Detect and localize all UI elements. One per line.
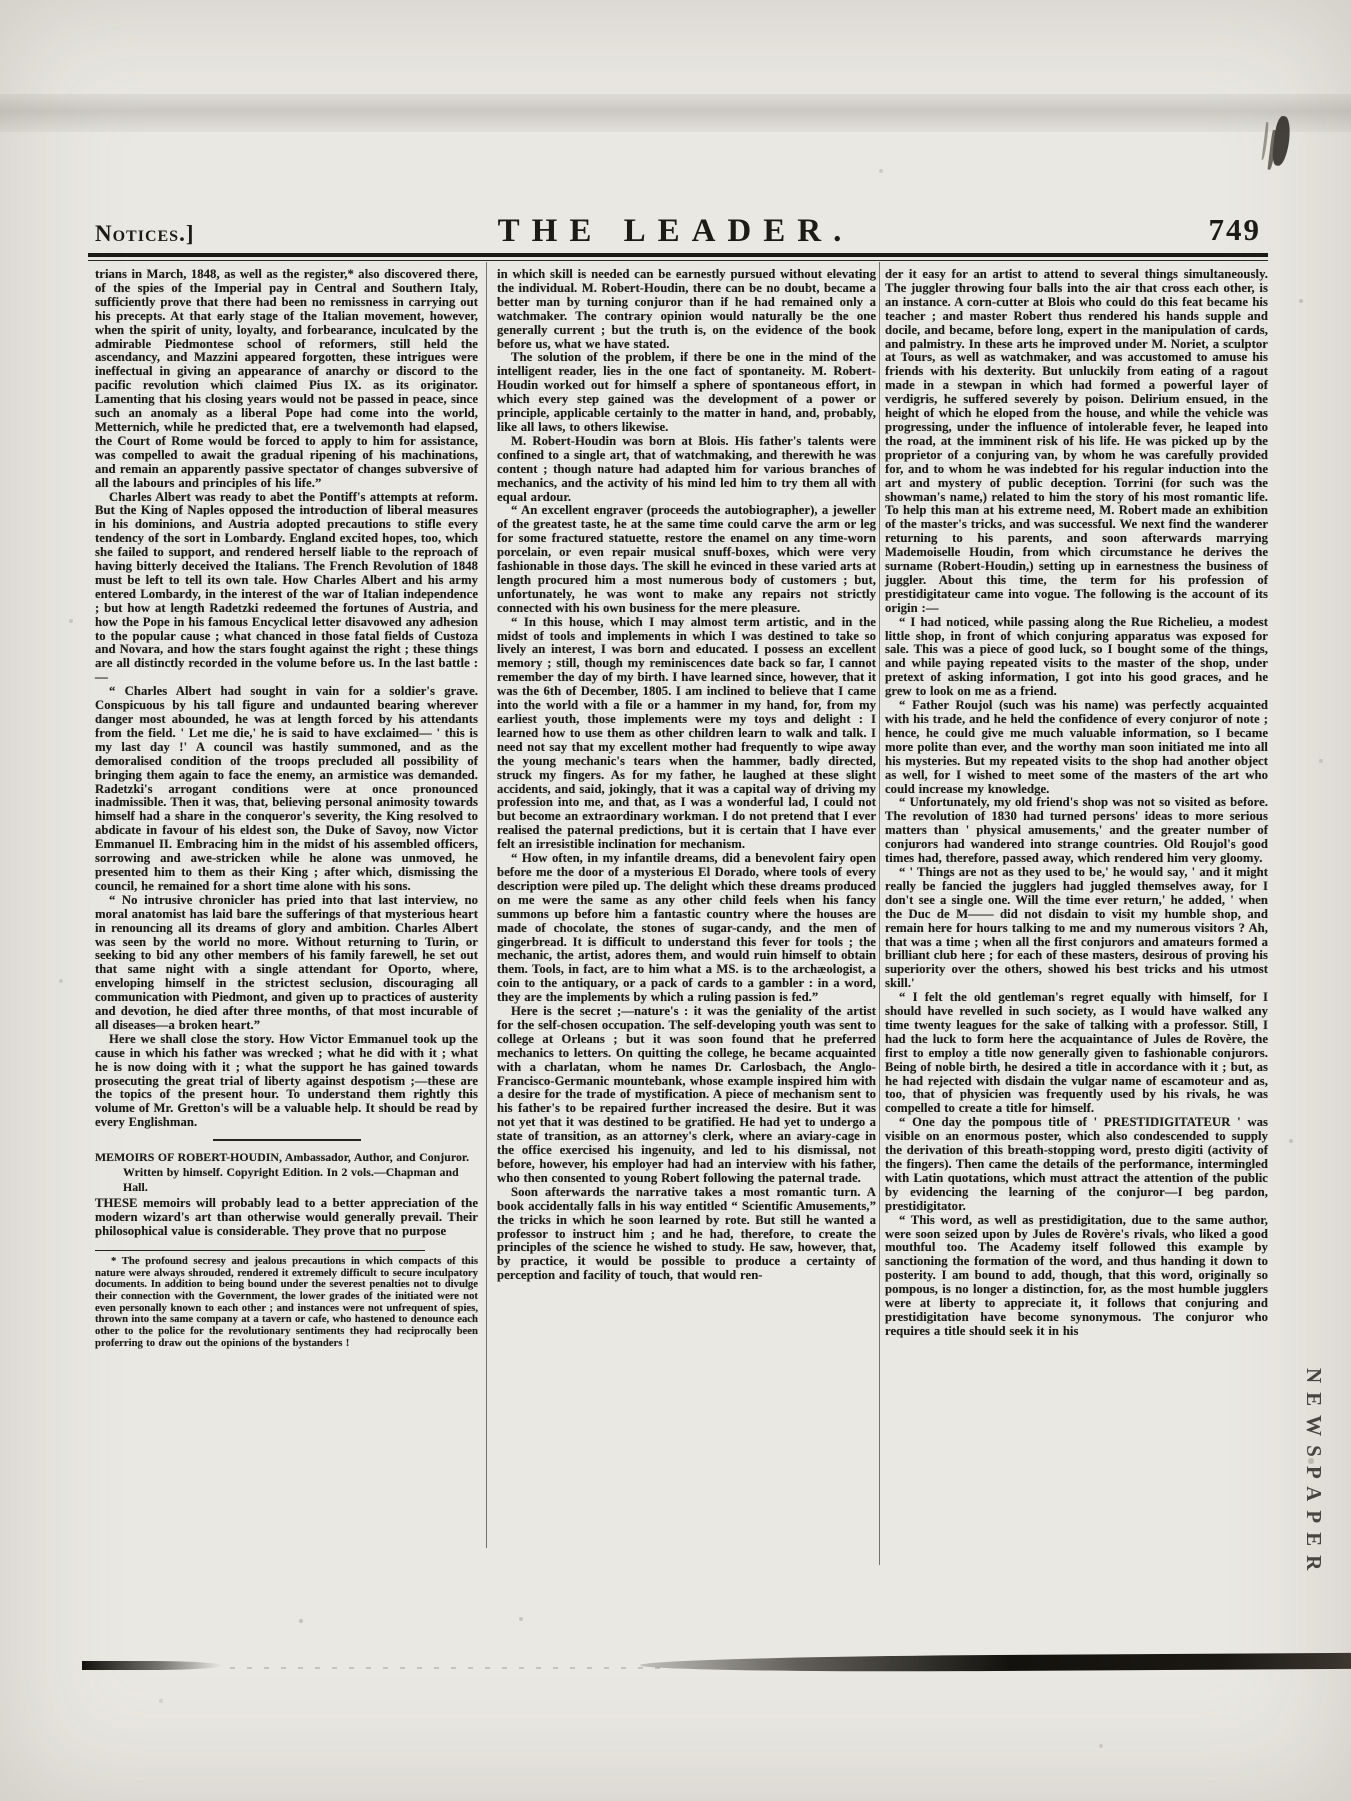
- paragraph: “ No intrusive chronicler has pried into…: [95, 894, 478, 1033]
- paragraph: Here is the secret ;—nature's : it was t…: [497, 1005, 876, 1186]
- paragraph: Here we shall close the story. How Victo…: [95, 1033, 478, 1130]
- paragraph: “ Father Roujol (such was his name) was …: [885, 699, 1268, 796]
- paragraph: trians in March, 1848, as well as the re…: [95, 268, 478, 491]
- header-rule: [88, 253, 1268, 261]
- footnote-rule: [95, 1250, 425, 1251]
- column-2: in which skill is needed can be earnestl…: [497, 268, 876, 1283]
- column-divider-rule-1: [486, 262, 487, 1548]
- column-1-text: trians in March, 1848, as well as the re…: [95, 268, 478, 1130]
- paragraph: “ How often, in my infantile dreams, did…: [497, 852, 876, 1005]
- paragraph: “ Unfortunately, my old friend's shop wa…: [885, 796, 1268, 866]
- paragraph: “ This word, as well as prestidigitation…: [885, 1214, 1268, 1339]
- scan-noise-speckles: [0, 0, 2, 2]
- paragraph: “ Charles Albert had sought in vain for …: [95, 685, 478, 894]
- masthead-title: THE LEADER.: [0, 213, 1351, 250]
- paragraph: “ An excellent engraver (proceeds the au…: [497, 504, 876, 615]
- column-3-text: der it easy for an artist to attend to s…: [885, 268, 1268, 1339]
- paragraph: “ ' Things are not as they used to be,' …: [885, 866, 1268, 991]
- paragraph: in which skill is needed can be earnestl…: [497, 268, 876, 351]
- paragraph: “ I felt the old gentleman's regret equa…: [885, 991, 1268, 1116]
- column-3: der it easy for an artist to attend to s…: [885, 268, 1268, 1339]
- book-citation: MEMOIRS OF ROBERT-HOUDIN, Ambassador, Au…: [95, 1150, 478, 1195]
- paragraph: “ In this house, which I may almost term…: [497, 616, 876, 852]
- newspaper-page-scan: Notices.] THE LEADER. 749 trians in Marc…: [0, 0, 1351, 1801]
- paragraph: der it easy for an artist to attend to s…: [885, 268, 1268, 616]
- ink-smudge-left: [82, 1661, 222, 1670]
- paragraph: “ One day the pompous title of ' PRESTID…: [885, 1116, 1268, 1213]
- ink-smudge-middle: [230, 1667, 670, 1669]
- paragraph: M. Robert-Houdin was born at Blois. His …: [497, 435, 876, 505]
- paragraph: The solution of the problem, if there be…: [497, 351, 876, 434]
- section-divider-rule: [213, 1139, 361, 1141]
- paragraph: Charles Albert was ready to abet the Pon…: [95, 491, 478, 686]
- paragraph: Soon afterwards the narrative takes a mo…: [497, 1186, 876, 1283]
- column-2-text: in which skill is needed can be earnestl…: [497, 268, 876, 1283]
- review-opening-paragraph: THESE memoirs will probably lead to a be…: [95, 1197, 478, 1239]
- column-divider-rule-2: [879, 262, 880, 1565]
- ink-smudge-right: [640, 1653, 1351, 1673]
- scan-artifact-band: [0, 94, 1351, 132]
- paragraph: “ I had noticed, while passing along the…: [885, 616, 1268, 699]
- page-number: 749: [1209, 212, 1262, 248]
- footnote: * The profound secresy and jealous preca…: [95, 1256, 478, 1350]
- column-1: trians in March, 1848, as well as the re…: [95, 268, 478, 1350]
